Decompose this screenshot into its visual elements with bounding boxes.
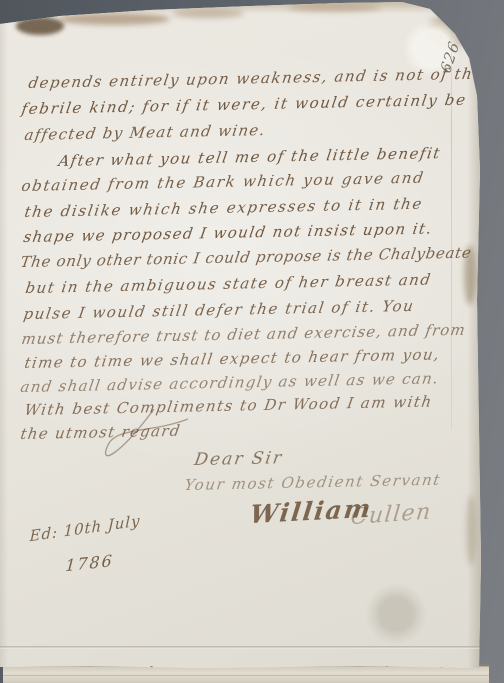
body-line-08: The only other tonic I could propose is … [19, 244, 473, 272]
body-line-01: depends entirely upon weakness, and is n… [27, 64, 485, 92]
salutation: Dear Sir [193, 448, 285, 470]
body-line-10: pulse I would still defer the trial of i… [22, 297, 416, 323]
letter-scan-page: 626 depends entirely upon weakness, and … [0, 0, 504, 683]
body-line-13: and shall advise accordingly as well as … [19, 369, 440, 396]
body-line-02: febrile kind; for if it were, it would c… [20, 91, 468, 118]
body-line-03: affected by Meat and wine. [23, 121, 267, 144]
body-line-04: After what you tell me of the little ben… [57, 144, 442, 170]
signature-surname: Cullen [349, 499, 433, 530]
body-line-11: must therefore trust to diet and exercis… [20, 321, 467, 348]
body-line-14: With best Compliments to Dr Wood I am wi… [23, 392, 434, 419]
body-line-06: the dislike which she expresses to it in… [23, 195, 424, 221]
dateline-place-day: Ed: 10th July [29, 511, 140, 545]
body-line-07: shape we proposed I would not insist upo… [22, 219, 434, 246]
body-line-12: time to time we shall expect to hear fro… [23, 345, 441, 372]
dateline-year: 1786 [65, 551, 115, 575]
body-line-05: obtained from the Bark which you gave an… [20, 169, 426, 196]
valediction: Your most Obedient Servant [183, 471, 442, 494]
letter-leaf: 626 depends entirely upon weakness, and … [0, 0, 483, 668]
handwriting-layer: depends entirely upon weakness, and is n… [0, 0, 483, 668]
page-edge-line [3, 675, 489, 676]
body-line-15: the utmost regard [19, 422, 182, 443]
body-line-09: but in the ambiguous state of her breast… [24, 270, 433, 297]
